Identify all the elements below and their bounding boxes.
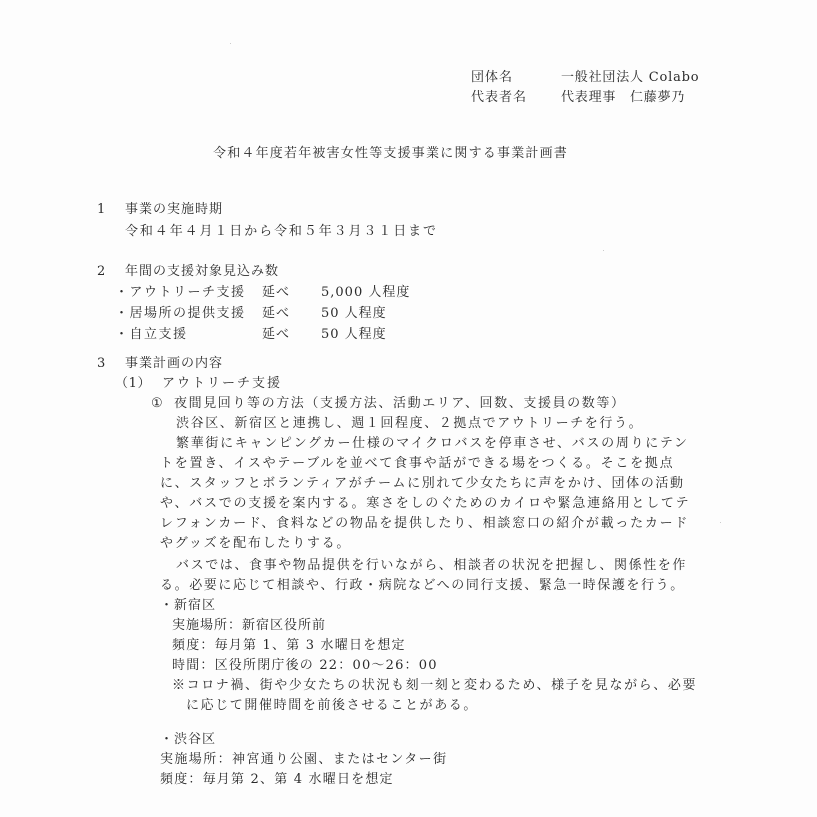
location-frequency-shibuya: 頻度：毎月第 2、第 4 水曜日を想定 — [160, 772, 394, 788]
item-heading: 夜間見回り等の方法（支援方法、活動エリア、回数、支援員の数等） — [174, 396, 626, 412]
paragraph-3-line: る。必要に応じて相談や、行政・病院などへの同行支援、緊急一時保護を行う。 — [160, 578, 685, 594]
document-title: 令和４年度若年被害女性等支援事業に関する事業計画書 — [213, 146, 568, 162]
paragraph-2-line: に、スタッフとボランティアがチームに別れて少女たちに声をかけ、団体の活動 — [160, 476, 685, 492]
location-note-shinjuku: ※コロナ禍、街や少女たちの状況も刻一刻と変わるため、様子を見ながら、必要 — [172, 678, 697, 694]
org-name: 一般社団法人 Colabo — [561, 70, 699, 86]
section-1-heading: 事業の実施時期 — [125, 202, 223, 218]
scan-speck — [720, 522, 721, 523]
paragraph-2-line: 繁華街にキャンピングカー仕様のマイクロバスを停車させ、バスの周りにテン — [176, 436, 689, 452]
section-2-heading: 年間の支援対象見込み数 — [125, 264, 279, 280]
rep-name: 代表理事 仁藤夢乃 — [561, 90, 685, 106]
target-row-count: 50 人程度 — [321, 327, 387, 343]
paragraph-3-line: バスでは、食事や物品提供を行いながら、相談者の状況を把握し、関係性を作 — [176, 558, 687, 574]
section-3-number: 3 — [97, 356, 106, 372]
section-2-number: 2 — [97, 264, 106, 280]
subsection-label: （1） — [115, 376, 151, 392]
location-time-shinjuku: 時間：区役所閉庁後の 22：00〜26：00 — [172, 658, 438, 674]
section-3-heading: 事業計画の内容 — [125, 356, 223, 372]
target-row-item: ・居場所の提供支援 — [115, 306, 246, 322]
target-row-unit: 延べ — [262, 306, 290, 322]
location-name-shinjuku: ・新宿区 — [160, 598, 216, 614]
location-frequency-shinjuku: 頻度：毎月第 1、第 3 水曜日を想定 — [172, 638, 406, 654]
target-row-unit: 延べ — [262, 285, 290, 301]
target-row-item: ・自立支援 — [115, 327, 188, 343]
target-row-count: 50 人程度 — [321, 306, 387, 322]
location-place-shinjuku: 実施場所：新宿区役所前 — [172, 618, 326, 634]
section-1-number: 1 — [97, 202, 106, 218]
target-row-item: ・アウトリーチ支援 — [115, 285, 246, 301]
item-marker: ① — [151, 396, 163, 412]
location-name-shibuya: ・渋谷区 — [160, 732, 216, 748]
location-note-shinjuku: に応じて開催時間を前後させることがある。 — [186, 698, 478, 714]
document-page: 団体名 一般社団法人 Colabo 代表者名 代表理事 仁藤夢乃 令和４年度若年… — [0, 0, 817, 817]
scan-speck — [230, 43, 231, 44]
scan-speck — [603, 250, 604, 251]
subsection-heading: アウトリーチ支援 — [162, 376, 282, 392]
rep-label: 代表者名 — [471, 90, 527, 106]
target-row-unit: 延べ — [262, 327, 290, 343]
target-row-count: 5,000 人程度 — [321, 285, 410, 301]
section-1-period: 令和４年４月１日から令和５年３月３１日まで — [125, 224, 438, 240]
paragraph-2-line: や、バスでの支援を案内する。寒さをしのぐためのカイロや緊急連絡用としてテ — [160, 496, 690, 512]
paragraph-2-line: レフォンカード、食料などの物品を提供したり、相談窓口の紹介が載ったカード — [160, 516, 689, 532]
location-place-shibuya: 実施場所：神宮通り公園、またはセンター街 — [160, 752, 447, 768]
org-label: 団体名 — [471, 70, 513, 86]
paragraph-2-line: トを置き、イスやテーブルを並べて食事や話ができる場をつくる。そこを拠点 — [160, 456, 674, 472]
paragraph-2-line: やグッズを配布したりする。 — [160, 536, 351, 552]
item-paragraph-1: 渋谷区、新宿区と連携し、週１回程度、２拠点でアウトリーチを行う。 — [176, 416, 643, 432]
